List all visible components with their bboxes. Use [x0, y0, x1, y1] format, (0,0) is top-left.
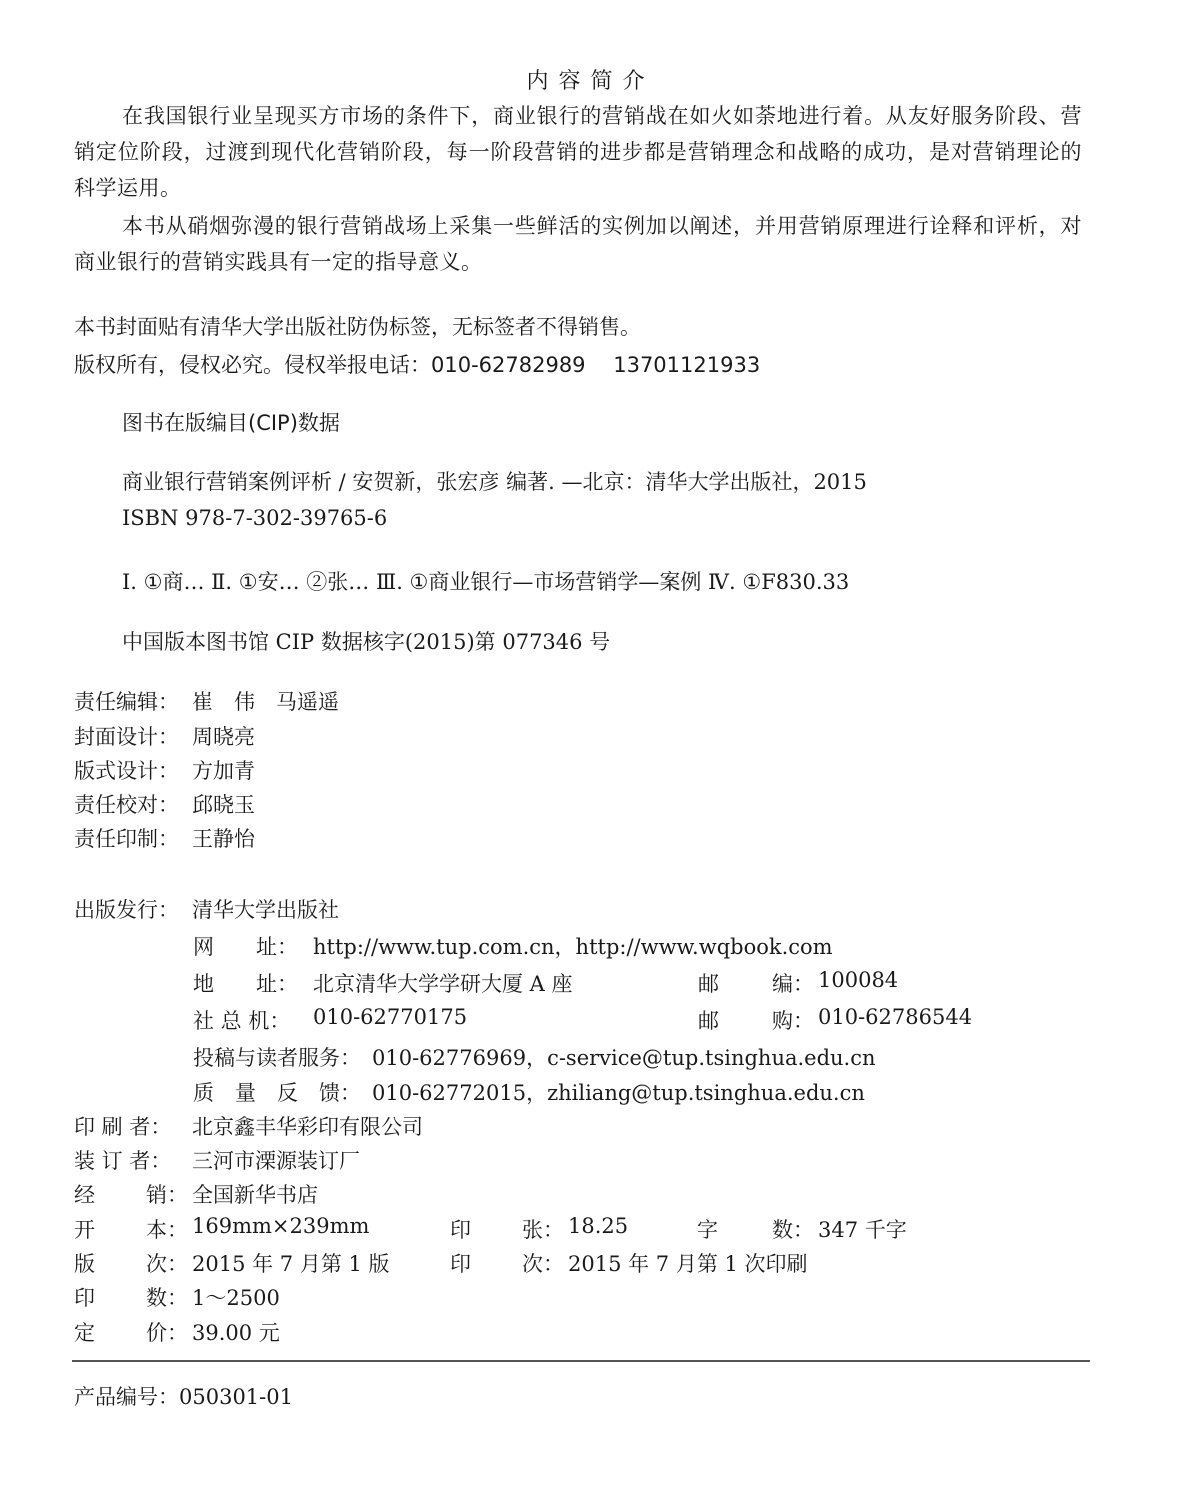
product-code-label: 产品编号： — [74, 1385, 179, 1409]
anti-counterfeit-notice: 本书封面贴有清华大学出版社防伪标签，无标签者不得销售。 — [74, 311, 641, 341]
print-run-label-2: 数： — [146, 1282, 188, 1312]
postcode-value: 100084 — [818, 968, 898, 992]
summary-paragraph: 本书从硝烟弥漫的银行营销战场上采集一些鲜活的实例加以阐述，并用营销原理进行诠释和… — [74, 208, 1082, 280]
impression-label-2: 次： — [522, 1248, 564, 1278]
product-code-value: 050301-01 — [179, 1385, 293, 1409]
switchboard-value: 010-62770175 — [313, 1005, 467, 1029]
staff-value: 周晓亮 — [192, 725, 255, 749]
distributor-value: 全国新华书店 — [192, 1179, 318, 1209]
format-value: 169mm×239mm — [192, 1214, 369, 1238]
website-links[interactable]: http://www.tup.com.cn，http://www.wqbook.… — [313, 931, 833, 961]
sheets-label-2: 张： — [522, 1214, 564, 1244]
staff-row-print-manager: 责任印制：王静怡 — [74, 823, 255, 853]
binder-label: 装 订 者： — [74, 1145, 171, 1175]
format-label-2: 本： — [146, 1214, 188, 1244]
printer-label: 印 刷 者： — [74, 1111, 171, 1141]
cip-citation: 商业银行营销案例评析 / 安贺新，张宏彦 编著. —北京：清华大学出版社，201… — [122, 466, 867, 496]
staff-value: 王静怡 — [192, 827, 255, 851]
edition-label-1: 版 — [74, 1248, 95, 1278]
binder-value: 三河市溧源装订厂 — [192, 1145, 360, 1175]
address-label: 地 址： — [193, 968, 298, 998]
staff-value: 方加青 — [192, 759, 255, 783]
staff-row-editor: 责任编辑：崔 伟 马遥遥 — [74, 686, 339, 716]
distributor-label-1: 经 — [74, 1179, 95, 1209]
staff-label: 责任校对： — [74, 789, 192, 819]
format-label-1: 开 — [74, 1214, 95, 1244]
website-label: 网 址： — [193, 931, 298, 961]
horizontal-rule — [72, 1360, 1090, 1362]
print-run-label-1: 印 — [74, 1282, 95, 1312]
staff-row-proofreader: 责任校对：邱晓玉 — [74, 789, 255, 819]
staff-value: 崔 伟 马遥遥 — [192, 690, 339, 714]
staff-label: 封面设计： — [74, 721, 192, 751]
reader-service-label: 投稿与读者服务： — [193, 1042, 361, 1072]
product-code-row: 产品编号：050301-01 — [74, 1381, 293, 1411]
price-label-1: 定 — [74, 1317, 95, 1347]
sheets-value: 18.25 — [568, 1214, 628, 1238]
cip-classification: Ⅰ. ①商… Ⅱ. ①安… ②张… Ⅲ. ①商业银行—市场营销学—案例 Ⅳ. ①… — [122, 566, 849, 596]
postcode-label-1: 邮 — [698, 968, 719, 998]
words-label-1: 字 — [697, 1214, 718, 1244]
postcode-label-2: 编： — [772, 968, 814, 998]
publisher-label: 出版发行： — [74, 894, 179, 924]
publisher-name: 清华大学出版社 — [192, 894, 339, 924]
mailorder-value: 010-62786544 — [818, 1005, 972, 1029]
staff-label: 责任编辑： — [74, 686, 192, 716]
edition-label-2: 次： — [146, 1248, 188, 1278]
staff-label: 责任印制： — [74, 823, 192, 853]
switchboard-label: 社 总 机： — [193, 1005, 290, 1035]
address-value: 北京清华大学学研大厦 A 座 — [313, 968, 573, 998]
words-label-2: 数： — [772, 1214, 814, 1244]
mailorder-label-2: 购： — [772, 1005, 814, 1035]
staff-value: 邱晓玉 — [192, 793, 255, 817]
printer-value: 北京鑫丰华彩印有限公司 — [192, 1111, 423, 1141]
quality-feedback-label: 质 量 反 馈： — [193, 1077, 361, 1107]
isbn: ISBN 978-7-302-39765-6 — [122, 506, 387, 530]
staff-row-cover-design: 封面设计：周晓亮 — [74, 721, 255, 751]
staff-label: 版式设计： — [74, 755, 192, 785]
quality-feedback-value[interactable]: 010-62772015，zhiliang@tup.tsinghua.edu.c… — [372, 1077, 865, 1107]
price-label-2: 价： — [146, 1317, 188, 1347]
copyright-notice: 版权所有，侵权必究。侵权举报电话：010-62782989 1370112193… — [74, 349, 760, 379]
distributor-label-2: 销： — [146, 1179, 188, 1209]
reader-service-value[interactable]: 010-62776969，c-service@tup.tsinghua.edu.… — [372, 1042, 876, 1072]
impression-value: 2015 年 7 月第 1 次印刷 — [568, 1248, 808, 1278]
print-run-value: 1～2500 — [192, 1282, 280, 1312]
impression-label-1: 印 — [450, 1248, 471, 1278]
cip-record-number: 中国版本图书馆 CIP 数据核字(2015)第 077346 号 — [122, 626, 610, 656]
summary-paragraph: 在我国银行业呈现买方市场的条件下，商业银行的营销战在如火如荼地进行着。从友好服务… — [74, 98, 1082, 206]
price-value: 39.00 元 — [192, 1317, 280, 1347]
mailorder-label-1: 邮 — [698, 1005, 719, 1035]
summary-title: 内容简介 — [0, 64, 1181, 95]
cip-heading: 图书在版编目(CIP)数据 — [122, 407, 340, 437]
staff-row-layout-design: 版式设计：方加青 — [74, 755, 255, 785]
words-value: 347 千字 — [818, 1214, 907, 1244]
edition-value: 2015 年 7 月第 1 版 — [192, 1248, 390, 1278]
sheets-label-1: 印 — [450, 1214, 471, 1244]
